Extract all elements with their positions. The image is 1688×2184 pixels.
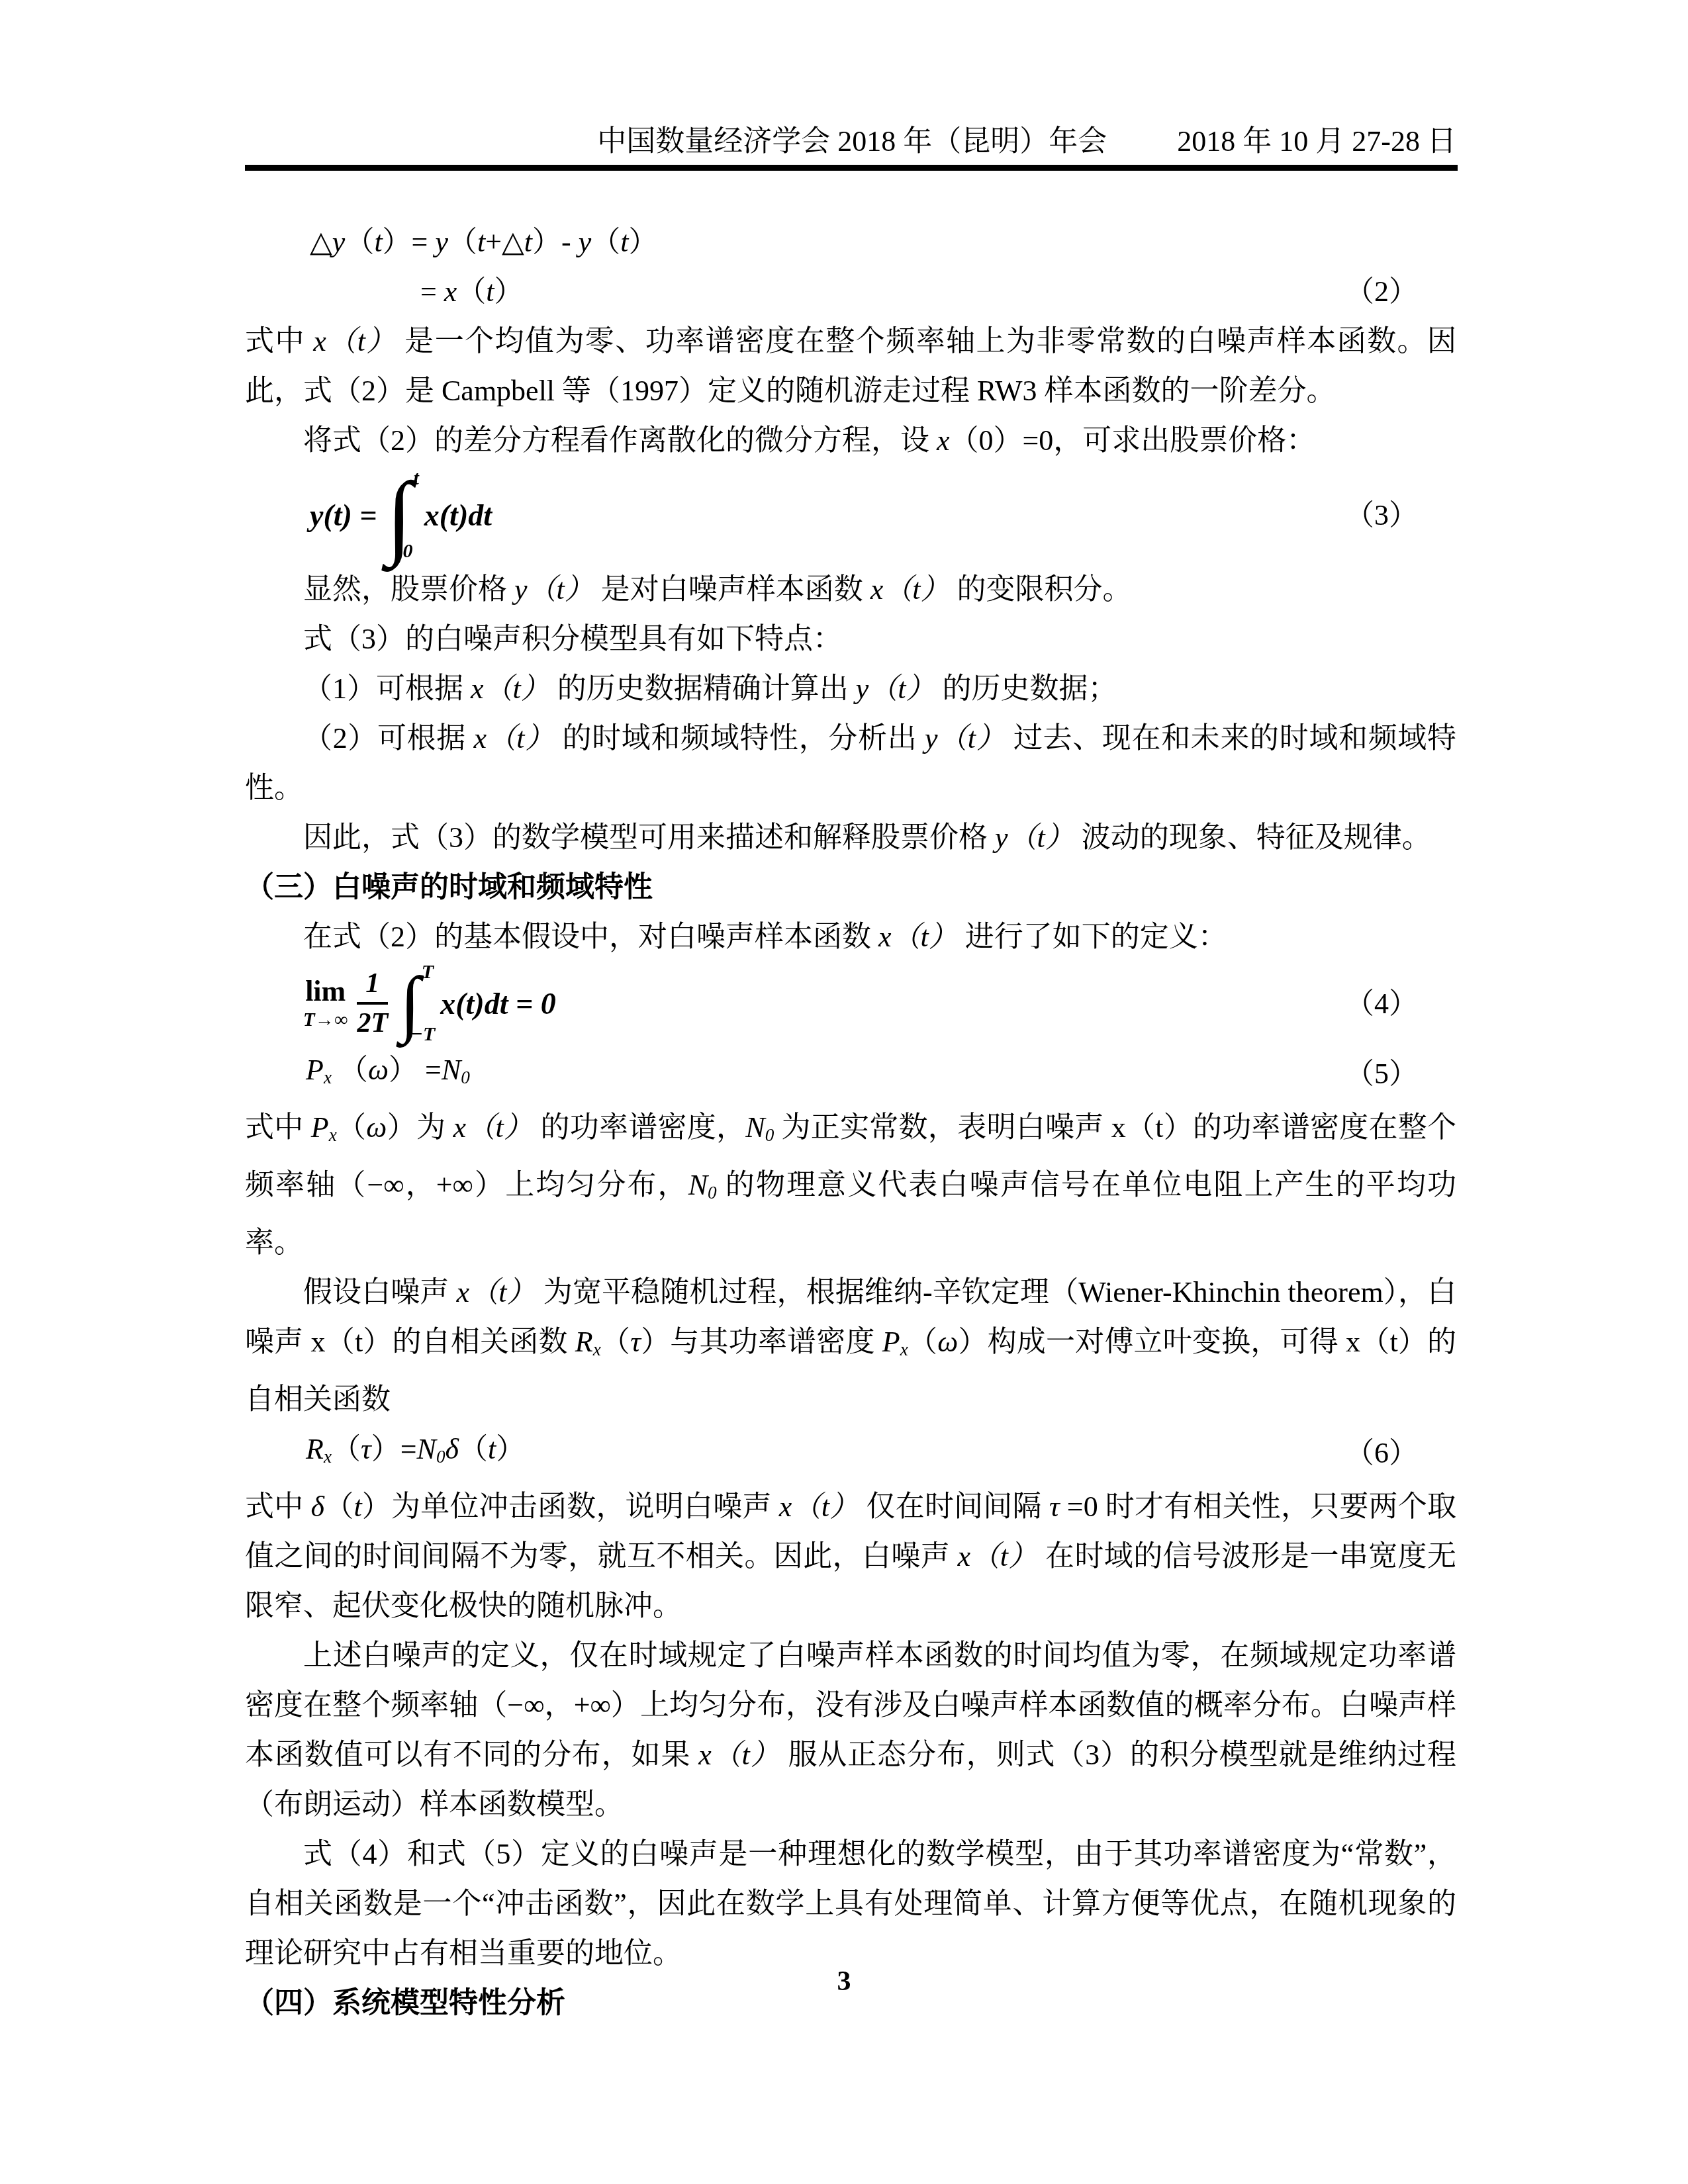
heading-section-3: （三）白噪声的时域和频域特性 <box>245 862 1456 912</box>
equation-4-integrand: x(t)dt = 0 <box>440 979 555 1028</box>
paragraph-wiener-khinchin: 假设白噪声 x（t） 为宽平稳随机过程，根据维纳-辛钦定理（Wiener-Khi… <box>245 1267 1456 1424</box>
equation-2-number: （2） <box>1345 267 1456 316</box>
paragraph-discretization: 将式（2）的差分方程看作离散化的微分方程，设 x（0）=0，可求出股票价格： <box>245 416 1456 465</box>
limit-operator: lim <box>305 977 346 1006</box>
equation-6-text: Rx（τ）=N0δ（t） <box>306 1424 525 1482</box>
paragraph-delta-explanation: 式中 δ（t）为单位冲击函数，说明白噪声 x（t） 仅在时间间隔 τ =0 时才… <box>245 1482 1456 1631</box>
integral-upper-limit: T <box>422 962 434 982</box>
page-header: 中国数量经济学会 2018 年（昆明）年会 2018 年 10 月 27-28 … <box>245 124 1456 159</box>
equation-5-text: Px （ω） =N0 <box>306 1045 470 1103</box>
integral-limits: t 0 <box>412 466 418 564</box>
integral-symbol-eq3: ∫ t 0 <box>387 466 419 564</box>
integral-limits: T −T <box>420 961 436 1046</box>
fraction-denominator: 2T <box>357 1002 388 1037</box>
integral-lower-limit: 0 <box>402 541 412 561</box>
equation-2-line-1: △y（t）= y（t+△t）- y（t） <box>310 217 1456 267</box>
paragraph-definition-intro: 在式（2）的基本假设中，对白噪声样本函数 x（t） 进行了如下的定义： <box>245 912 1456 962</box>
equation-2-line-2-text: = x（t） <box>420 267 524 316</box>
equation-5-number: （5） <box>1345 1049 1456 1099</box>
header-rule <box>245 165 1458 171</box>
paragraph-variable-limit-integral: 显然，股票价格 y（t） 是对白噪声样本函数 x（t） 的变限积分。 <box>245 565 1456 614</box>
integral-symbol-eq4: ∫ T −T <box>400 961 435 1046</box>
document-page: 中国数量经济学会 2018 年（昆明）年会 2018 年 10 月 27-28 … <box>0 0 1688 2184</box>
equation-4: lim T→∞ 1 2T ∫ T −T x(t)dt = 0 （4） <box>303 962 1456 1045</box>
paragraph-eq2-explanation: 式中 x（t） 是一个均值为零、功率谱密度在整个频率轴上为非零常数的白噪声样本函… <box>245 316 1456 416</box>
paragraph-ideal-model: 式（4）和式（5）定义的白噪声是一种理想化的数学模型，由于其功率谱密度为“常数”… <box>245 1829 1456 1978</box>
paragraph-distribution-note: 上述白噪声的定义，仅在时域规定了白噪声样本函数的时间均值为零，在频域规定功率谱密… <box>245 1631 1456 1829</box>
header-date: 2018 年 10 月 27-28 日 <box>1177 124 1456 159</box>
integral-upper-limit: t <box>413 469 418 488</box>
equation-2-line-1-text: △y（t）= y（t+△t）- y（t） <box>310 217 658 267</box>
fraction-numerator: 1 <box>365 970 379 1002</box>
equation-6-number: （6） <box>1345 1428 1456 1478</box>
fraction-block: 1 2T <box>357 970 388 1037</box>
equation-3: y(t) = ∫ t 0 x(t)dt （3） <box>310 465 1456 565</box>
equation-3-number: （3） <box>1345 490 1456 540</box>
equation-6: Rx（τ）=N0δ（t） （6） <box>306 1424 1456 1482</box>
paragraph-psd-explanation: 式中 Px（ω）为 x（t） 的功率谱密度，N0 为正实常数，表明白噪声 x（t… <box>245 1103 1456 1267</box>
equation-3-integrand: x(t)dt <box>424 490 492 540</box>
header-conference-title: 中国数量经济学会 2018 年（昆明）年会 <box>597 124 1107 159</box>
list-item-feature-1: （1）可根据 x（t） 的历史数据精确计算出 y（t） 的历史数据； <box>245 664 1456 713</box>
equation-4-number: （4） <box>1345 979 1456 1028</box>
paragraph-model-conclusion: 因此，式（3）的数学模型可用来描述和解释股票价格 y（t） 波动的现象、特征及规… <box>245 813 1456 862</box>
page-number: 3 <box>0 1966 1688 1997</box>
paragraph-model-features-intro: 式（3）的白噪声积分模型具有如下特点： <box>245 614 1456 664</box>
limit-condition: T→∞ <box>303 1011 348 1030</box>
integral-lower-limit: −T <box>411 1024 436 1044</box>
limit-block: lim T→∞ <box>303 977 348 1030</box>
equation-3-lhs: y(t) = <box>310 490 377 540</box>
equation-5: Px （ω） =N0 （5） <box>306 1045 1456 1103</box>
document-body: △y（t）= y（t+△t）- y（t） = x（t） （2） 式中 x（t） … <box>245 171 1456 2028</box>
equation-2-line-2: = x（t） （2） <box>420 267 1456 316</box>
list-item-feature-2: （2）可根据 x（t） 的时域和频域特性，分析出 y（t） 过去、现在和未来的时… <box>245 713 1456 813</box>
